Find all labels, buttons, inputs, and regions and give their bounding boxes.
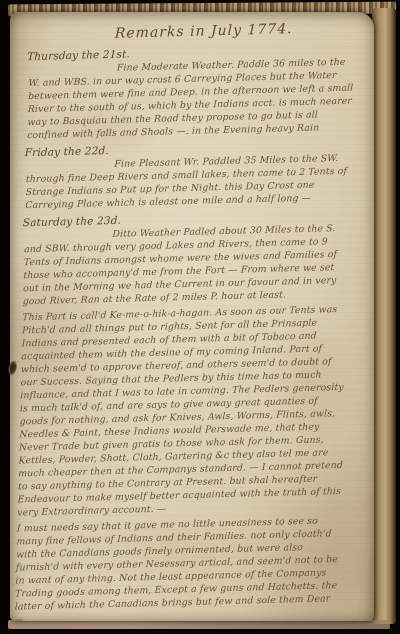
entry-text-saturday-1: Ditto Weather Padled about 30 Miles to t… (23, 222, 353, 309)
book-page-edges-right (372, 8, 396, 624)
manuscript-content: Remarks in July 1774. Thursday the 21st.… (14, 17, 358, 631)
entry-text-saturday-2: This Part is call'd Ke-me-o-hik-a-hagan.… (17, 303, 350, 520)
journal-entry-saturday: Saturday the 23d. Ditto Weather Padled a… (14, 209, 353, 627)
manuscript-page: Remarks in July 1774. Thursday the 21st.… (10, 12, 374, 621)
page-title: Remarks in July 1774. (60, 20, 348, 44)
ink-blot (6, 359, 19, 377)
entry-text-saturday-3: I must needs say that it gave me no litt… (14, 514, 345, 627)
entry-text-friday: Fine Pleasant Wr. Paddled 35 Miles to th… (25, 152, 354, 213)
journal-entry-friday: Friday the 22d. Fine Pleasant Wr. Paddle… (25, 139, 355, 213)
entry-text-thursday: Fine Moderate Weather. Paddle 36 miles t… (27, 55, 357, 142)
manuscript-photo: { "page": { "title": "Remarks in July 17… (0, 0, 400, 634)
journal-entry-thursday: Thursday the 21st. Fine Moderate Weather… (27, 42, 357, 142)
